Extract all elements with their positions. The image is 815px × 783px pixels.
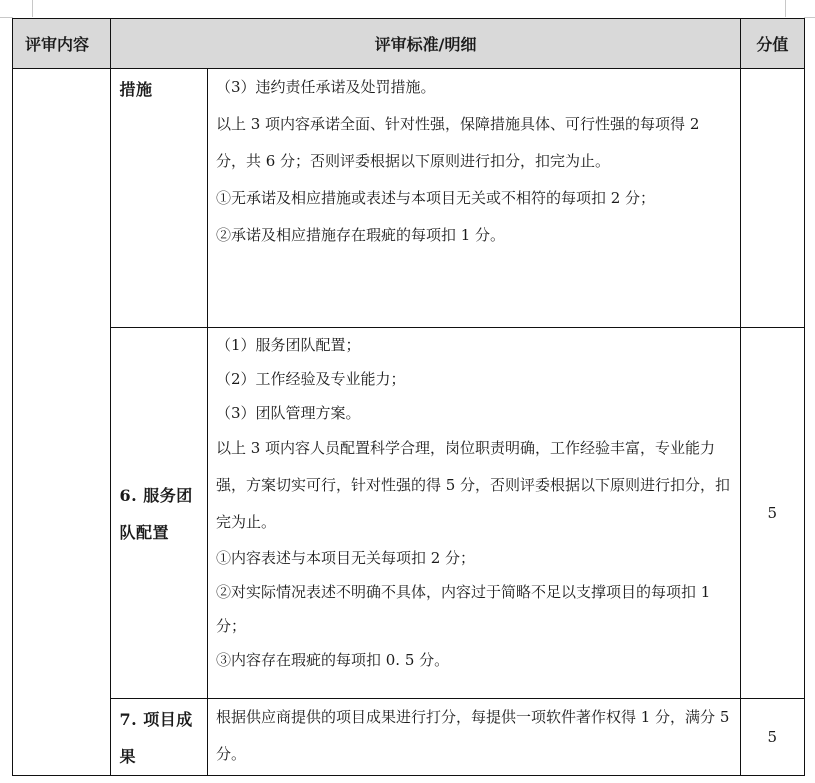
criteria-line: ②承诺及相应措施存在瑕疵的每项扣 1 分。 — [216, 217, 732, 254]
header-content: 评审内容 — [13, 19, 111, 69]
criteria-line: 以上 3 项内容承诺全面、针对性强，保障措施具体、可行性强的每项得 2 分，共 … — [216, 106, 732, 180]
crop-mark — [32, 0, 33, 17]
subcategory-cell: 7. 项目成果 — [111, 699, 207, 776]
criteria-line: ①无承诺及相应措施或表述与本项目无关或不相符的每项扣 2 分； — [216, 180, 732, 217]
table-header-row: 评审内容 评审标准/明细 分值 — [13, 19, 805, 69]
criteria-line: （2）工作经验及专业能力； — [216, 362, 732, 396]
score-cell — [740, 69, 804, 328]
subcategory-cell: 6. 服务团队配置 — [111, 328, 207, 699]
criteria-line: （3）团队管理方案。 — [216, 396, 732, 430]
table-row: 7. 项目成果 根据供应商提供的项目成果进行打分，每提供一项软件著作权得 1 分… — [13, 699, 805, 776]
crop-mark — [804, 17, 815, 18]
crop-mark — [785, 0, 786, 17]
criteria-line: 以上 3 项内容人员配置科学合理，岗位职责明确，工作经验丰富，专业能力强，方案切… — [216, 430, 732, 541]
criteria-line: ①内容表述与本项目无关每项扣 2 分； — [216, 541, 732, 575]
header-criteria: 评审标准/明细 — [111, 19, 740, 69]
table-row: 6. 服务团队配置 （1）服务团队配置； （2）工作经验及专业能力； （3）团队… — [13, 328, 805, 699]
criteria-line: （1）服务团队配置； — [216, 328, 732, 362]
criteria-line: 根据供应商提供的项目成果进行打分，每提供一项软件著作权得 1 分，满分 5 分。 — [216, 699, 732, 773]
criteria-line: ②对实际情况表述不明确不具体，内容过于简略不足以支撑项目的每项扣 1 分； — [216, 575, 732, 643]
evaluation-table: 评审内容 评审标准/明细 分值 措施 （3）违约责任承诺及处罚措施。 以上 3 … — [12, 18, 805, 776]
criteria-cell: （1）服务团队配置； （2）工作经验及专业能力； （3）团队管理方案。 以上 3… — [207, 328, 740, 699]
category-cell — [13, 69, 111, 776]
criteria-line: （3）违约责任承诺及处罚措施。 — [216, 69, 732, 106]
table-row: 措施 （3）违约责任承诺及处罚措施。 以上 3 项内容承诺全面、针对性强，保障措… — [13, 69, 805, 328]
criteria-line: ③内容存在瑕疵的每项扣 0. 5 分。 — [216, 643, 732, 677]
header-score: 分值 — [740, 19, 804, 69]
subcategory-cell: 措施 — [111, 69, 207, 328]
criteria-cell: 根据供应商提供的项目成果进行打分，每提供一项软件著作权得 1 分，满分 5 分。 — [207, 699, 740, 776]
criteria-cell: （3）违约责任承诺及处罚措施。 以上 3 项内容承诺全面、针对性强，保障措施具体… — [207, 69, 740, 328]
score-cell: 5 — [740, 328, 804, 699]
score-cell: 5 — [740, 699, 804, 776]
